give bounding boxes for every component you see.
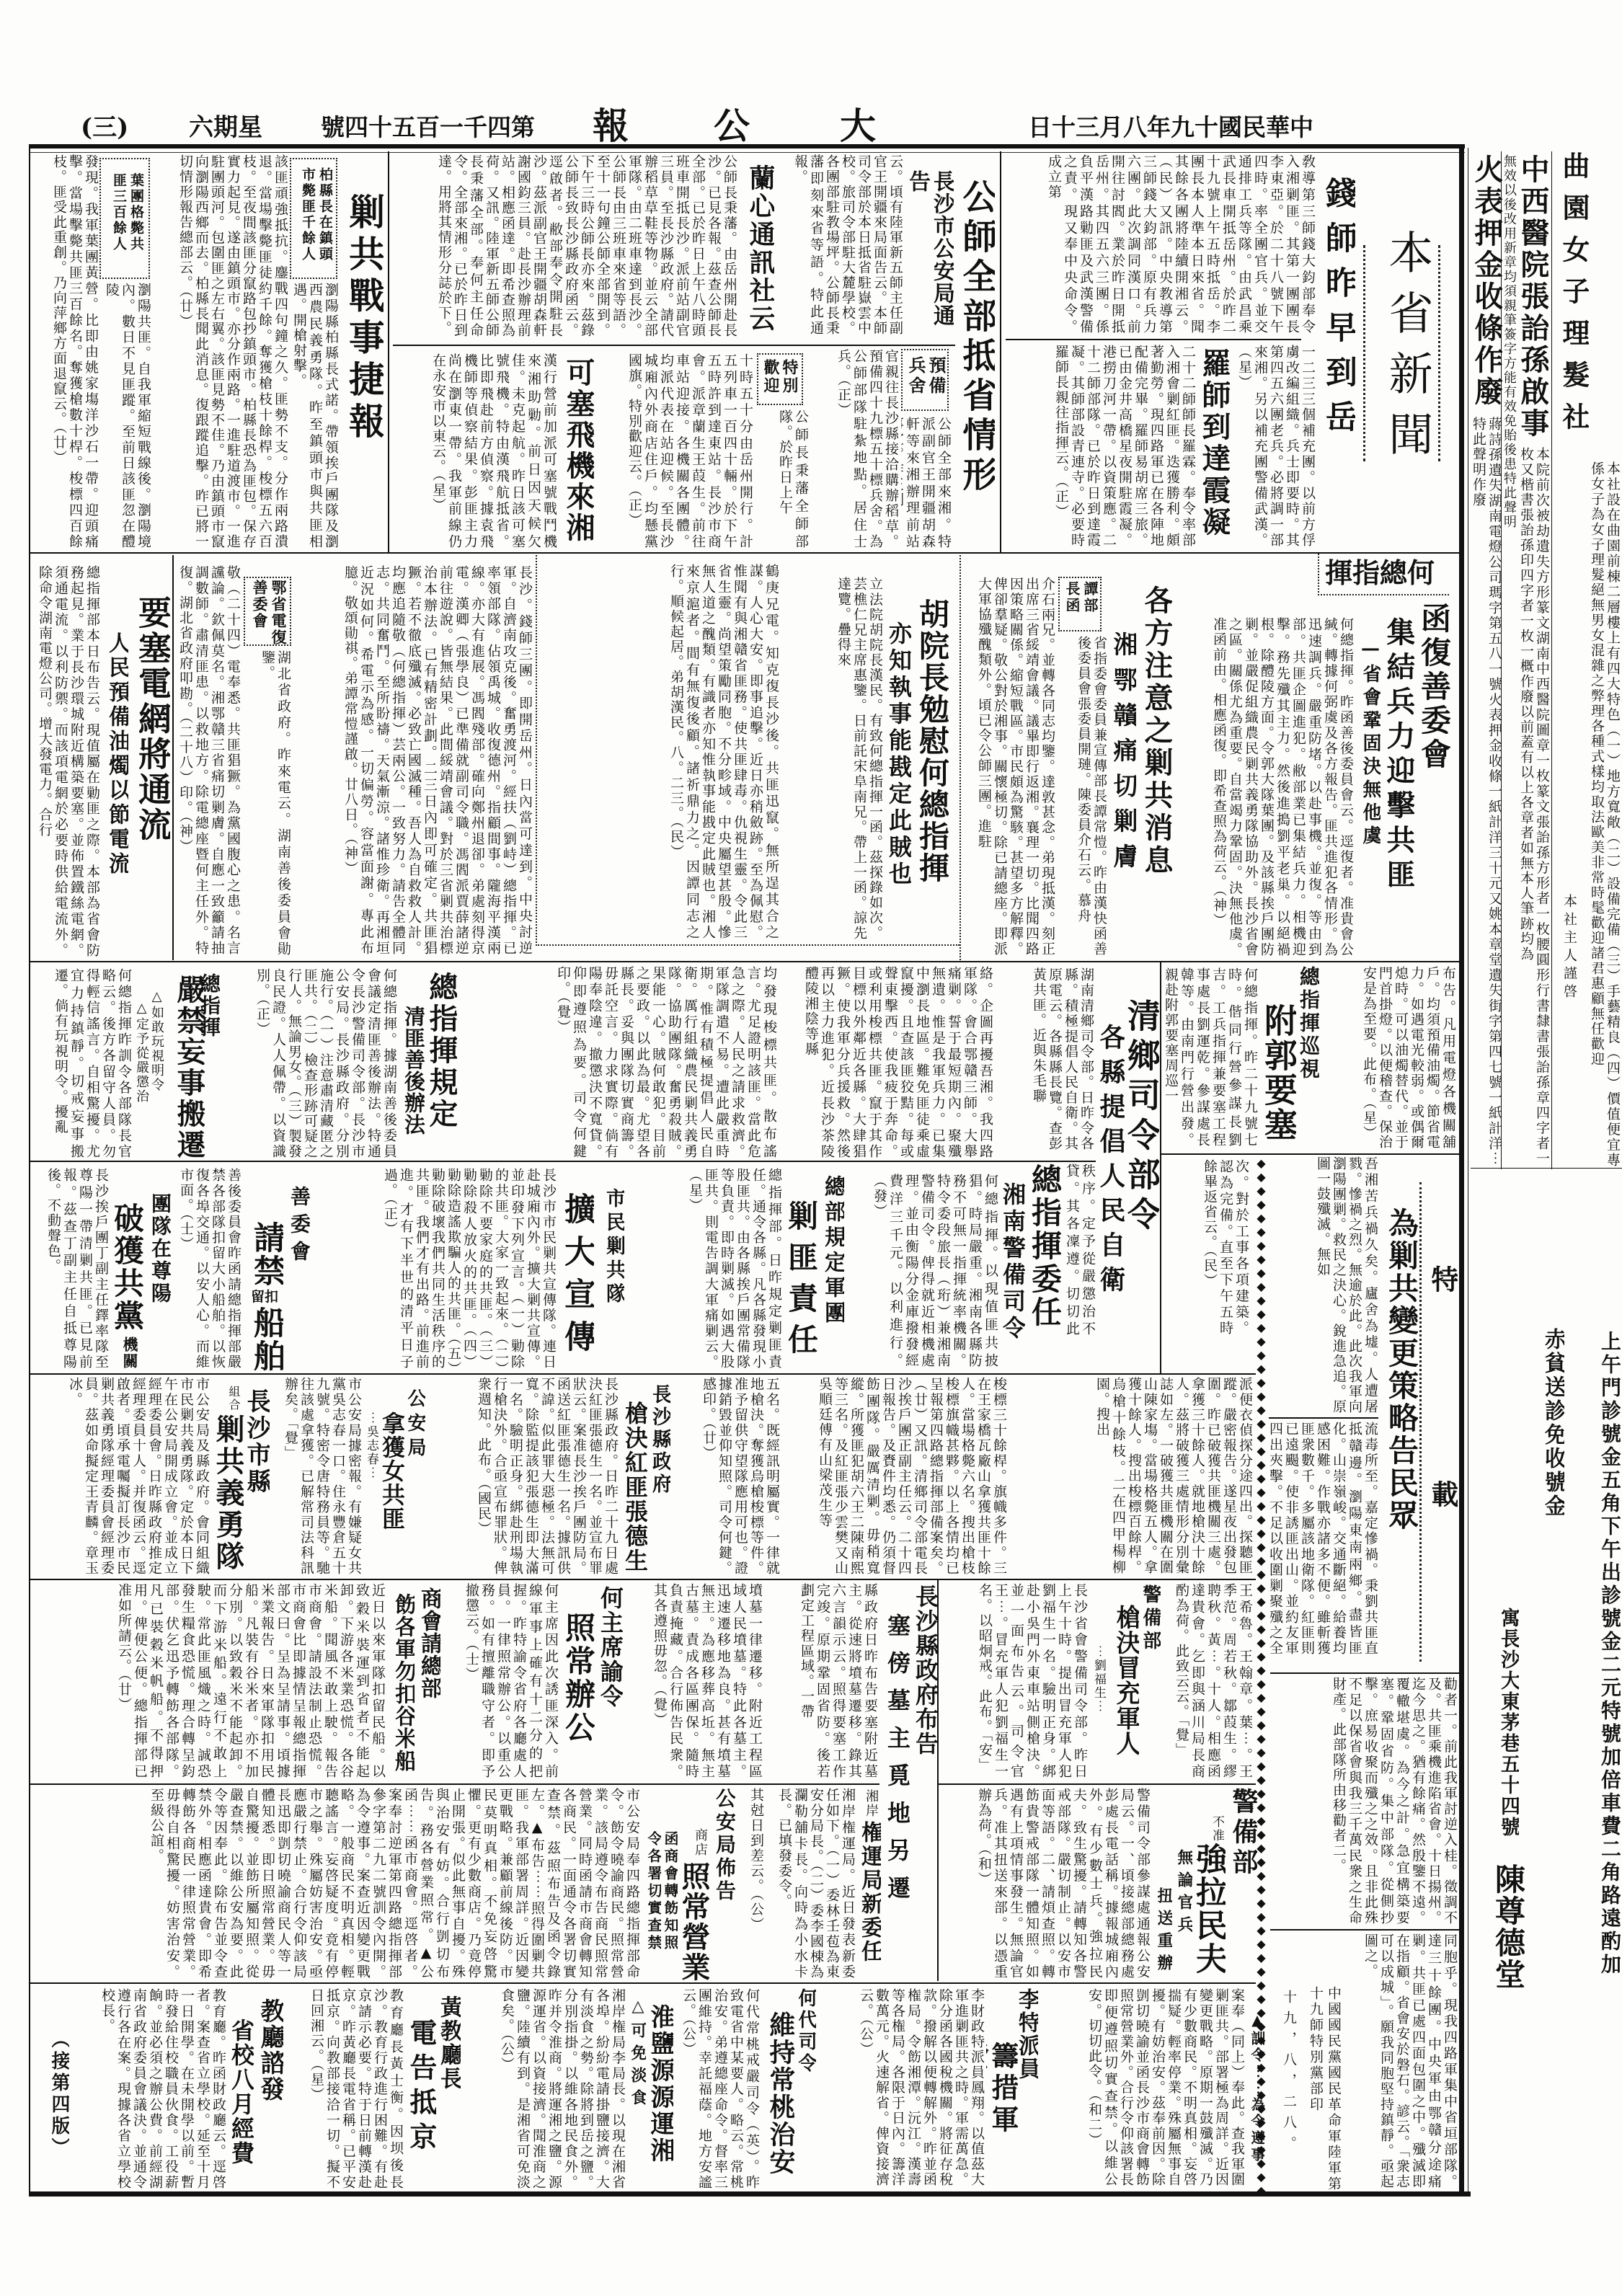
article-kicker: 總指揮巡視 [1296,966,1319,1085]
band-rule-6a [29,1783,879,1785]
article-body: 李財政特派員鳳翔。以值茲大軍進剿匪共之時。軍需萬急。除分函各國稅機關。將征存稅款… [822,1988,985,2187]
page-number: (三) [81,115,128,140]
left-frame-rule [29,148,30,2195]
article-subhead-2: △定予從嚴懲治 [133,1001,149,1134]
article-headline: 可塞飛機來湘 [561,358,594,546]
feature-body: 吾湘苦兵禍久矣。廬舍為墟。人遭屠戮。慘禍之烈。無逾於此。此次我軍向瀏陽團剿。救民… [1269,1156,1378,1414]
column-rule [1000,151,1001,552]
article-subhead: 塞傍墓主覓地另遷 [881,1613,910,1916]
article-kicker: 何主席諭令 [597,1586,623,1708]
article-body-continued: 派便衣偵探分途四出。探聽匪蹤。嚴密報告。遂星夜出發包圍。昨已破獲共匪機關三處。拿… [1011,1377,1253,1575]
article-headline: 擴大宣傳 [561,1192,594,1365]
article-headline: 強拉民夫 [1191,1843,1226,1976]
feature-label: 特載 [1429,1265,1458,1705]
masthead-rule [29,144,1465,149]
ad-title: 火表押金收條作廢 [1471,154,1502,414]
issue-number: 第四千一百五十四號 [321,115,535,139]
weekday: 星期六 [189,115,262,140]
right-thick-rule [1459,148,1464,2195]
right-thin-rule [1468,148,1468,2195]
welcome-box-label: 特別歡迎 [761,359,799,399]
article-body: 何總指揮。昨二十九號七時。偕同行營參謀長劉吉。工兵指揮兼要塞工程事處長劉運乾。參… [1166,967,1258,1148]
article-headline-tail: 機關 [119,1337,138,1373]
article-body: 何代常桃戒嚴司令（英）。昨致電省中某要人。略云。常桃治安。弟遵總座命令。督率三團… [679,1988,760,2190]
article-kicker: 長沙市縣 [244,1388,270,1497]
article-kicker: 教廳諮發 [254,1998,283,2103]
article-kicker: 市民剿共隊 [603,1188,624,1311]
article-kicker: 警備部 [1140,1584,1161,1657]
article-headline: 電告抵京 [406,2018,436,2159]
ad-fees: 上午門診號金五角下午出診號金二元特號加倍車費二角路遠酌加 [1597,1331,1621,1983]
hubei-reply-body-continued: 敬（二十四）電奉悉。共匪猖獗。為黨國腹心之患。名言讜論。欽佩莫名。湘鄂贛三省痛切… [176,565,241,956]
article-tag: 組合 [226,1386,241,1414]
article-headline: 剿共義勇隊 [213,1414,244,1574]
article-body: 湖南清鄉司令部。日昨令各縣。積極提倡人民自衛。其原電云。各縣縣長覽。查彭黃共匪。… [996,967,1094,1151]
article-subhead-1: △如敢玩視明令 [149,989,164,1108]
section-title: 本省新聞 [1373,229,1431,478]
article-body-continued: 一二三三個補充團。以前方俘虜改編組織。兵士即要時。其第四五六團老兵。必將調一部來… [1231,345,1316,548]
article-headline: 剿匪責任 [784,1200,817,1368]
band-rule-6b [937,1783,1256,1785]
ad-rule [1501,151,1502,1169]
article-body-continued: 五名。既經訊明屬實。一律就地槍決。奪獲烏槍梭標等件。准予留供守望隊應用可也。證據… [672,1377,780,1576]
band-rule-2 [29,961,1461,962]
article-headline: 清匪善後辦法 [400,1006,425,1139]
article-headline: 湘南警備司令 [1001,1182,1025,1344]
article-headline: 剿共戰事捷報 [342,193,384,446]
article-body: 立法院胡院長漢民。有致何總指揮一函。茲探錄如次。芸樵仁兄主席惠鑒。日前託宋阜南兄… [782,577,883,941]
article-body: 長沙市市民剿共宣傳隊。連日赴城廂內外。擴大剿共宣傳。並印發下列宣言。（一）勦除的… [317,1168,557,1370]
ad-body-continued: 無效以後改用新章均須親筆簽字方能有效免貽後患特此聲明 [1502,154,1517,1166]
article-headline: 維持常桃治安 [763,2011,794,2177]
article-subhead: 湘鄂贛痛切剿膚 [1109,631,1136,884]
article-body: 善後委員會昨函請總指揮部嚴禁各部隊扣留大小船舶。以恢復各埠交通。以安人心。而維市… [180,1168,241,1370]
article-subhead: 亦知執事能戡定此賊也 [885,621,911,890]
article-headline: 淮鹽源源運湘 [647,2004,673,2167]
ad-practice-name: 陳尊德堂 [1489,1863,1525,1995]
article-body: 漢行營前加派可塞號戰鬥機來湘助勦。前日因天候欠佳。未克起航。昨日該可塞號飛機。特… [395,353,557,549]
article-body: 教育廳。昨函財政廳云。逕啓者。案查省立學校。延至十月一日開學。在未開學以前。暫時… [72,1988,226,2190]
feature-body-continued: 同胞乎。現我四路軍集中省垣部隊。達三十餘團。中央軍由鄂贛分途痛剿。共匪已處四面包… [1344,1933,1458,2189]
article-headline: 公安局佈告 [714,1788,735,1905]
article-body: 警備司令部參謀處通報公安局云。一、頃接總部總務處彭處長電話稱。據報城廂內外。有少… [940,1788,1151,1980]
article-kicker: 何代司令 [796,1988,816,2075]
article-subhead: 集結兵力迎擊共匪 [1383,617,1414,902]
article-body-continued: 布告。凡用電燈各機關舖戶。均須預備油燭。節省電力。如遇電光較弱。或偶爾熄時。可以… [1321,966,1456,1150]
column-rule [1006,339,1301,340]
item2-body-continued: 發現。我軍葉團黃營。比即由姚家塲洋沙石一帶。迎頭痛擊。當場擊斃共匪三百餘名。奪獲… [32,154,99,549]
article-tag: 湘岸 [863,1789,879,1821]
article-subhead-2: 扭送重辦 [1153,1887,1172,1977]
article-body-continued: 秩序。定予從嚴懲治不貸。其各凜遵。切切此令。（公） [1064,1163,1096,1337]
article-kicker: 警備部 [1228,1788,1257,1885]
band-rule-5 [29,1579,1256,1580]
article-body-continued: 梭標三十餘桿。旗幟多件。三在王家橋瓦廠山拿獲共匪十餘人。當場格斃六名。搜出槍枝梭… [782,1377,1007,1576]
article-body-continued: 均發現梭標共匪。散布謠言。尤足證明該匪。當此危急之際。人民之請求救濟。軍隊調遣不… [456,966,777,1159]
article-body: 近日以來軍隊扣留民船。以致穀米裝運到省者不能起卸。下游各米業恐慌。各谷米船。聞風… [32,1583,386,1779]
article-kicker: 黃教廳長 [436,1995,461,2091]
article-body: 縣政府日昨布告要塞附近墓主。從速將墳墓遷移。錄其六言韻示云。照得要塞工作完竣。原… [766,1583,878,1779]
article-body: 敎導第三師錢大鈞部奉令入湘剿匪。其第一團團長李東亞。於二十八號下午四時。率全團官… [1007,154,1316,334]
ad-body: 本社設在曲園前棟二層樓上有四大特色（一）地方寬敞（二）設備完備（三）手藝精良（四… [1577,461,1621,1168]
article-headline: 権運局新委任 [858,1821,881,1965]
article-kicker: 總部規定軍團 [820,1175,844,1330]
article-headline: 籌措軍費 [986,2042,1018,2168]
tan-letter-label: 譚部長函告 [1063,581,1099,630]
article-body-continued: 其尅日到差云。（公） [739,1788,764,1980]
column-rule [393,345,955,346]
hubei-reply-label: 鄂省電復善委會 [247,580,288,646]
article-subhead: △可免淡食 [629,1997,646,2112]
band-rule-3b [1161,1153,1459,1155]
paper-name-char-2: 公 [714,108,750,144]
lanxin-body: 公師長秉藩。由岳州開赴長沙。已見各報。茲查公師長全部。已於昨日上午八時頭班車開抵… [393,154,737,338]
ad-body: 蔣詩孫遺失湖南電燈公司瑪字第五八一號火表押金收條一紙計洋三十元又姚本章堂遺失街字… [1471,417,1502,1166]
article-body-continued: 介石兩兄。並轉各同志均鑒。達敦甚念。弟現抵漢。刻正出席三省綏靖會議。議畢即行返湘… [965,577,1055,957]
article-subhead-1: 無論官兵 [1175,1849,1192,1939]
column-rule [1160,962,1161,1373]
ad-rule [1471,1168,1622,1169]
article-body: 總指揮部。日昨規定剿匪責任。通令各縣。凡各縣發現小股匪共。由各縣挨戶團常備隊等負… [649,1168,782,1370]
welcome-body-continued: 十時五十分由岳州開行。計五列車一百四十輛。於下午五時許到達東站。長沙市商會。派章… [598,353,753,549]
article-subhead-2: 令各署切實查禁 [644,1831,661,1968]
article-headline: 長沙縣政府布告 [912,1584,938,1758]
ad-signature: 本社主人謹啓 [1561,894,1577,1009]
article-headline: 破獲共黨 [112,1202,143,1336]
article-kicker: 何總指揮 [1325,559,1435,587]
article-kicker: 李特派員 [1015,1988,1038,2082]
article-kicker: 總指揮委任 [1027,1163,1061,1333]
hubei-reply-body: 湖北省政府。昨來電云。湖南善後委員會勛鑒。 [244,650,291,957]
paper-name-char-3: 報 [593,108,629,144]
continued-on-page-4: （接第四版） [46,2029,69,2163]
article-headline: 拿獲女共匪 [378,1411,404,1530]
column-rule [388,151,389,552]
ad-address: 寓長沙大東茅巷五十四號 [1494,1608,1519,1840]
feature-frame [1419,1182,1422,1662]
police-notice-body: 云。頃有陸軍新五師主任副官王開疆來局面告云。本師司令部於本日抵省駐嶽雲中校。旅司… [786,154,903,336]
bottom-rule [29,2191,1471,2197]
article-body: 何總指揮。以現值匪共披猖。時局嚴重。湘南各縣防務不可無一指揮統率機關。特令委段旅… [869,1174,998,1368]
item1-body: 瀏陽縣柏縣長式諾。帶領挨戶團隊及瀏西農民義勇隊。昨至鎮頭市與共匪相遇。開槍射擊。 [290,283,339,549]
article-subhead: ⋯吳志春⋯ [364,1411,378,1520]
article-body: 教育廳長黃士衡。因坝後長沙。教育行政進行困難。有赴京請示必要。特于日前轉漢赴京。… [285,1988,404,2190]
paper-name-char-1: 大 [840,108,876,144]
article-headline: 照常辦公 [562,1612,595,1745]
feature-signature: 中國國民黨國民革命軍陸軍第十九師特別黨部印 [1303,1986,1342,2192]
issue-date: 中華民國十九年八月三十日 [1028,115,1313,139]
article-headline: 省校八月經費 [229,2018,254,2166]
article-headline: 胡院長勉慰何總指揮 [913,598,949,887]
article-body: 案奉（同上）奉此。查我軍圍剿匪共。部署極為周詳。近因變更戰略。原期一鼓殲滅。乃有… [1043,1988,1245,2187]
article-body: 長沙挨戶團丁副主任鐸率隊至尊陽一帶清剿共匪。已見前報。茲查丁副主任自抵尊陽後。不… [32,1168,109,1370]
article-body: 長沙省會警備司令部。昨日上午十時。提出冒充軍人犯劉福生一名。驗明正身。綁赴小吳門… [940,1583,1088,1779]
barracks-box-label: 預備兵舍 [905,356,946,402]
band-rule-4 [29,1373,1256,1375]
welcome-body: 公師長秉藩全師部隊。於昨日上午 [758,409,809,549]
article-body-continued: 次。對於工事各項建築。認為完備。直至下午五時餘畢返省云。（民） [1166,1159,1249,1336]
article-body: 省指委會委員兼宣傳部長譚常愷。昨由漢快函善後委員會張委員開璉。陳委員介石云。慕舟 [1058,636,1107,957]
barracks-body: 公師全部來湘。特派副官王開疆胡森軒等來湘辦理前站事宜。昨王副 [901,417,952,549]
article-subhead: ⋯劉福生⋯ [1090,1645,1106,1753]
article-kicker: 公安局 [405,1388,425,1464]
lanxin-headline: 蘭心通訊社云 [741,164,774,333]
ad-title: 曲園女子理髮社 [1560,151,1589,447]
article-headline: 槍決紅匪張德生 [621,1401,647,1574]
article-body: 二十二師師長羅霖。奉令率部入湘會剿紅匪。迭獲勝利。頗著勤勞。現四路軍已在各陣地配… [1007,345,1196,548]
article-body: 何主席因此次誘匪深入。前線軍事上確有十二分的把握。昨特諭令省府各廳處人員。一律照… [447,1583,559,1779]
column-rule [172,555,174,960]
article-body: 何總指揮。據湖南善後委員會議定清匪善後辦法。特通令長沙警備司令部。長沙市公安局。… [234,968,397,1159]
article-headline: 飭各軍勿扣谷米船 [390,1593,415,1777]
article-body-continued: 鶴庚兄電。知克復長沙後。共匪迅竄。無所逞其合之謀。人心大安。即事追擊。近日亦稍斂… [539,564,779,940]
item2-body: 瀏陽共匪。自我軍縮短戰線後。瀏陽境內。數日不見匪蹤。至前日該匪忽在醴陵 [101,283,151,549]
dotted-rule [536,944,960,946]
police-notice-headline: 長沙市公安局通告 [903,170,954,343]
article-headline: 公師全部抵省情形 [956,179,995,500]
article-body: 市公安局及縣政府。會同組織市民剿共義勇隊。定於本日下午在公安局開成立會。並成立經… [32,1377,210,1576]
article-headline: 函復善委會 [1417,603,1450,776]
article-body: 何總指揮昨訓令各部隊長官略云。後方各留守人員。勿得輕信謠言。自相驚擾。尤宜力持鎮… [32,968,132,1159]
feature-rule [1269,1417,1378,1419]
ad-rule [1551,151,1552,1169]
article-headline: ▲訓令⋯⋯為令遵事 [1247,2011,1264,2177]
barracks-body-continued: 官親往長沙縣接洽購辦稻草。預備四十九標五十標兵舍。為公師部隊駐紮地點。居住士兵。… [811,349,899,549]
article-headline: 羅師到達霞凝 [1198,348,1230,543]
ad-free-service: 赤貧送診免收號金 [1537,1328,1564,1524]
newspaper-page: (三) 星期六 第四千一百五十四號 報 公 大 中華民國十九年八月三十日 本省新… [0,0,1622,2296]
item1-body-continued: 該匪頑強抵抗。鏖戰四句鐘之久。匪勢不支。分作兩路潰退。當場擊斃匪徒約千餘。奪獲槍… [155,154,288,549]
article-headline: 要塞電網將通流 [130,595,170,844]
article-headline: 槍決冒充軍人 [1109,1605,1139,1758]
article-subhead: 團隊在尊陽 [148,1193,171,1308]
feature-body-continued: 勸者一。前此我軍討逆入桂。徵調不及。共匪乘機進陷省會。十日揚州。迄今思之。猶有餘… [1273,1677,1458,1925]
article-body-continued: 墳墓一律遷移。附近工程區域人民墳墓。特此各墓主。迅速遷移地為良。甚有墳墓無主。為… [629,1583,763,1779]
article-body: 湘岸権運局。近日發表新委任如下。（一）委林壬苞為東安分局長。（二）委李國棟為瀾勒… [766,1788,856,1980]
feature-rule [1270,1672,1459,1674]
article-headline: 附郭要塞 [1260,1003,1296,1144]
article-headline: 錢師昨早到岳 [1319,177,1355,451]
article-body: 何總指揮。昨函善後委員會云。逕復者。准貴會公緘。轉據何弼虞及各方報告。匪共進犯各… [1177,617,1354,957]
article-subhead: 人民預備油燭以節電流 [102,631,128,880]
article-headline: 各方注意之剿共消息 [1139,585,1172,885]
article-body-continued: 長沙。錢師三團。即開岳州。日內當可達到。中央討逆軍。自濟南攻克後。奮勇渡河。經扶… [295,565,533,956]
article-headline: 清鄉司令部令 [1126,998,1159,1240]
band-rule-3a [29,1161,1096,1162]
feature-headline: 為剿共變更策略告民眾 [1381,1207,1418,1539]
article-kicker: 商會請總部 [416,1587,440,1699]
article-kicker: 總指揮規定 [425,972,457,1134]
article-subhead: 各縣提倡人民自衛 [1097,1024,1125,1301]
article-headline-small: 扣留 [251,1290,278,1304]
article-headline-2: 照常營業 [678,1861,709,1984]
article-body: 長沙縣政府。日昨二十九日處決紅匪張德生一名。並宣布罪狀云。案准長沙挨戶團防局。函… [431,1377,619,1576]
article-body: 總指揮部本日布告云。現值屬在勦匪之際。本部為省會防務起見。業于長沙環城附近構築要… [32,565,100,958]
article-body: 市公安局據密報。有嫌疑女共黨吳志春一口。住永豐倉五十九號。特密令唐特務員等。馳往… [281,1377,362,1576]
article-deck: —省會鞏固決無他虞— [1359,638,1381,872]
article-kicker: 長沙縣政府 [649,1384,670,1499]
article-subhead-1: 函商會轉飭知照 [662,1831,678,1954]
article-body: 湘岸権局李局長。以現在湘省各埠。紛紛電請掛鹽接濟。大有淡食之勢。除將到岳之鹽。分… [477,1988,626,2190]
band-rule-7 [29,1982,1256,1984]
article-tag: 不准 [1208,1815,1224,1845]
article-body-continued: 絡。企圖再擾吾湘。我四路軍隊。會合鄂贛三師。大舉痛剿。誓于最短期內。聚殲無遺。惟… [780,966,993,1159]
article-headline-part2: 船舶 [247,1306,283,1373]
masthead-thin-rule [29,152,1465,153]
item2-box-label: 葉團格斃共匪三百餘人 [105,173,145,254]
article-kicker: 善委會 [288,1186,310,1272]
feature-rule [1270,1929,1459,1931]
article-body-continued: 王希魯。王翰章。葉⋯。王季范。周若秋。鄒葭生。繆聘秋。黃⋯。十人。相應函達貴會。… [1162,1583,1253,1779]
article-headline-part1: 請禁 [247,1221,283,1287]
band-rule-1 [29,552,1461,554]
article-body: 市公安局奉四路總指揮部命令。飭令曉諭商民。照常營業。該局遵令布告商民照常營業。同… [32,1788,640,1980]
ad-title: 中西醫院張詒孫啟事 [1517,154,1548,443]
feature-date: 十九，八，二八。 [1277,1990,1298,2184]
article-headline: 嚴禁妄事搬遷 [173,975,205,1161]
ad-body: 本院前次被劫遺失方形篆文湖南中西醫院圖章一枚篆文張詒孫方形者一枚腰圓形行書隸書張… [1517,447,1550,1166]
item1-box-label: 柏縣長在鎮頭市斃匪千餘人 [293,167,334,268]
article-tag: 商店 [692,1828,708,1861]
dotted-rule [960,555,961,960]
dotted-rule [536,555,537,946]
feature-body-continued: 流毒所至。嘉定慘禍。秉劉共匪直抵贛邊。瀏陽東南兩鄉。盡皆匪化。山崇嶺峻。交通斷絕… [1269,1422,1378,1656]
